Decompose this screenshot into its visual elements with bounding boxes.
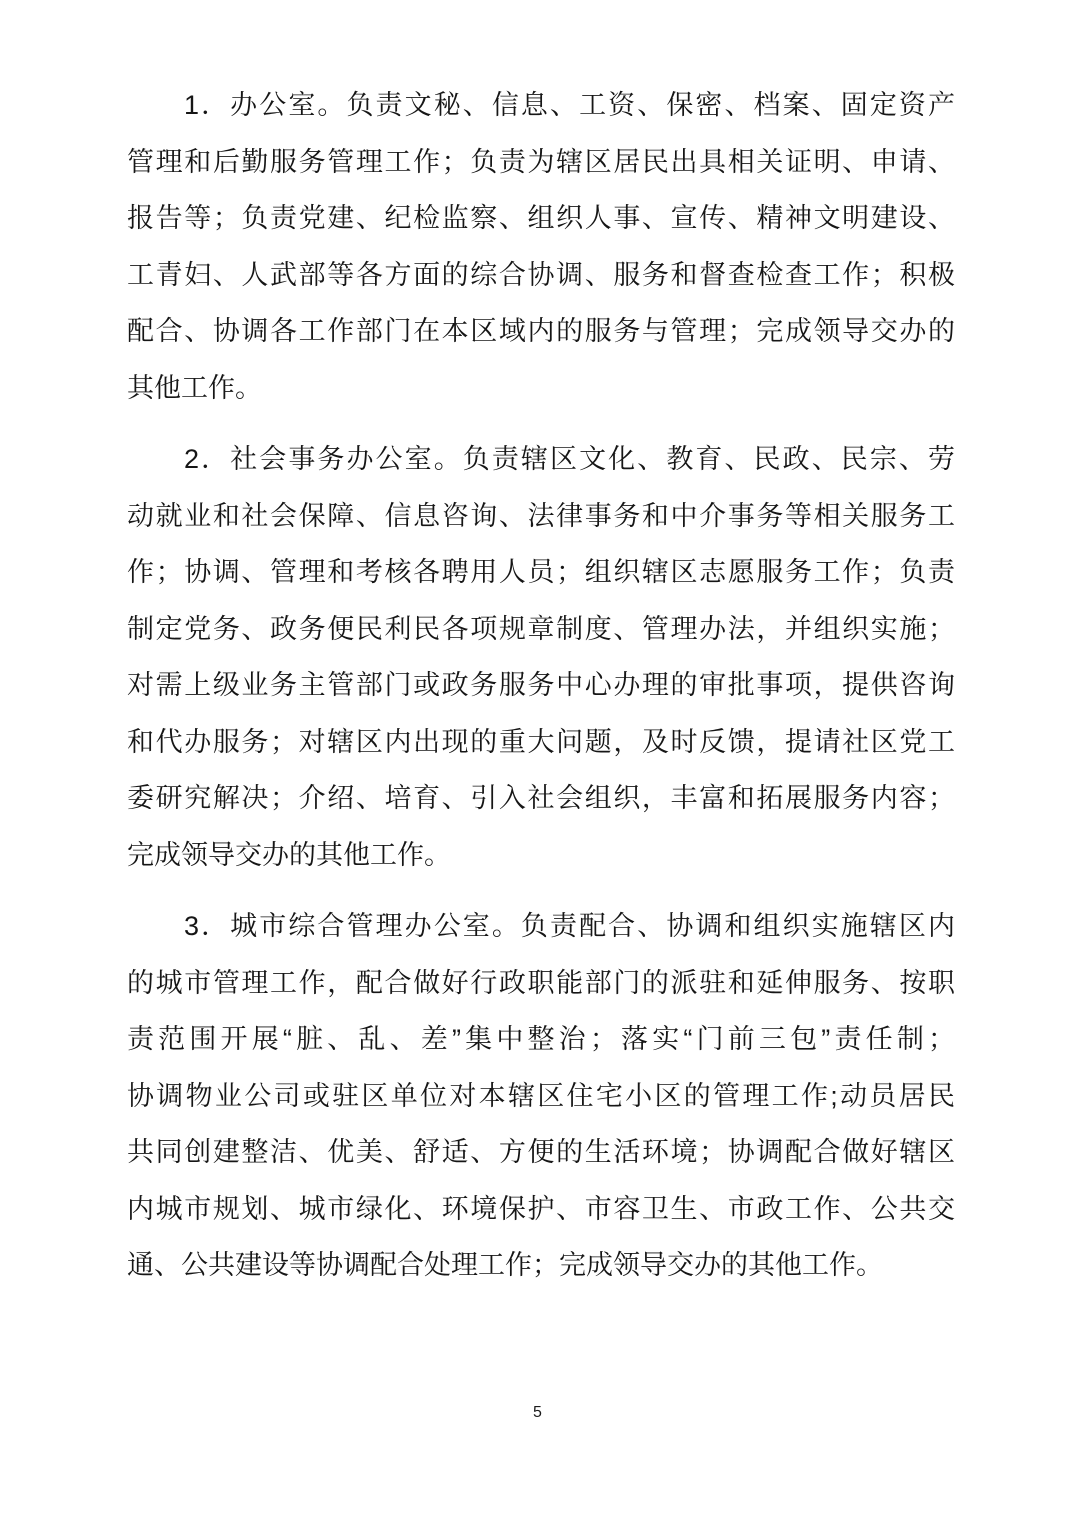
text-line: 报告等；负责党建、纪检监察、组织人事、宣传、精神文明建设、 xyxy=(127,190,955,247)
paragraph-social-affairs-office: 2．社会事务办公室。负责辖区文化、教育、民政、民宗、劳 动就业和社会保障、信息咨… xyxy=(127,431,955,883)
paragraph-urban-management-office: 3．城市综合管理办公室。负责配合、协调和组织实施辖区内 的城市管理工作，配合做好… xyxy=(127,898,955,1294)
page-number: 5 xyxy=(0,1400,1075,1426)
text-line: 工青妇、人武部等各方面的综合协调、服务和督查检查工作；积极 xyxy=(127,247,955,304)
paragraph-office: 1．办公室。负责文秘、信息、工资、保密、档案、固定资产 管理和后勤服务管理工作；… xyxy=(127,77,955,416)
text-line: 内城市规划、城市绿化、环境保护、市容卫生、市政工作、公共交 xyxy=(127,1181,955,1238)
text-line: 动就业和社会保障、信息咨询、法律事务和中介事务等相关服务工 xyxy=(127,488,955,545)
text-line: 管理和后勤服务管理工作；负责为辖区居民出具相关证明、申请、 xyxy=(127,134,955,191)
text-line: 委研究解决；介绍、培育、引入社会组织，丰富和拓展服务内容； xyxy=(127,770,955,827)
text-line: 制定党务、政务便民利民各项规章制度、管理办法，并组织实施； xyxy=(127,601,955,658)
text-line: 共同创建整洁、优美、舒适、方便的生活环境；协调配合做好辖区 xyxy=(127,1124,955,1181)
text-line: 2．社会事务办公室。负责辖区文化、教育、民政、民宗、劳 xyxy=(127,431,955,488)
text-line: 配合、协调各工作部门在本区域内的服务与管理；完成领导交办的 xyxy=(127,303,955,360)
text-line: 通、公共建设等协调配合处理工作；完成领导交办的其他工作。 xyxy=(127,1237,955,1294)
text-line: 完成领导交办的其他工作。 xyxy=(127,827,955,884)
document-page: 1．办公室。负责文秘、信息、工资、保密、档案、固定资产 管理和后勤服务管理工作；… xyxy=(0,0,1075,1519)
text-line: 责范围开展“脏、乱、差”集中整治；落实“门前三包”责任制； xyxy=(127,1011,955,1068)
text-line: 对需上级业务主管部门或政务服务中心办理的审批事项，提供咨询 xyxy=(127,657,955,714)
text-line: 1．办公室。负责文秘、信息、工资、保密、档案、固定资产 xyxy=(127,77,955,134)
text-line: 3．城市综合管理办公室。负责配合、协调和组织实施辖区内 xyxy=(127,898,955,955)
text-line: 其他工作。 xyxy=(127,360,955,417)
text-line: 协调物业公司或驻区单位对本辖区住宅小区的管理工作;动员居民 xyxy=(127,1068,955,1125)
text-line: 和代办服务；对辖区内出现的重大问题，及时反馈，提请社区党工 xyxy=(127,714,955,771)
document-body: 1．办公室。负责文秘、信息、工资、保密、档案、固定资产 管理和后勤服务管理工作；… xyxy=(127,77,955,1294)
text-line: 作；协调、管理和考核各聘用人员；组织辖区志愿服务工作；负责 xyxy=(127,544,955,601)
text-line: 的城市管理工作，配合做好行政职能部门的派驻和延伸服务、按职 xyxy=(127,955,955,1012)
